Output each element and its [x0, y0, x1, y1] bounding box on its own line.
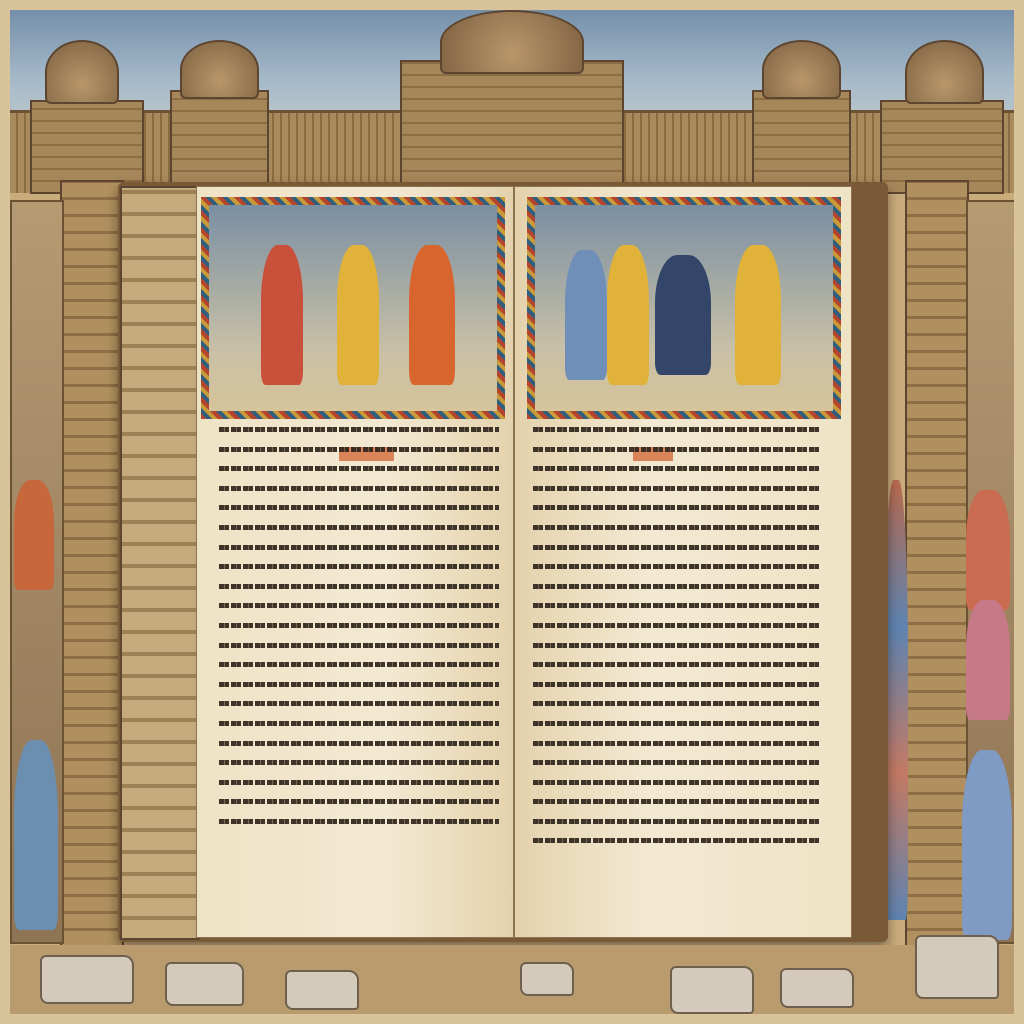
far-right-dome: [905, 40, 984, 104]
side-figure: [14, 480, 54, 590]
left-dome: [180, 40, 259, 99]
left-tower: [170, 90, 269, 184]
side-figure: [966, 600, 1010, 720]
figure-blue-robe: [565, 250, 607, 380]
rock: [670, 966, 754, 1014]
side-figure: [14, 740, 58, 930]
left-illustration: [201, 197, 505, 419]
right-page: [514, 186, 852, 938]
rock: [520, 962, 574, 996]
central-tower: [400, 60, 624, 184]
side-figure: [966, 490, 1010, 610]
rock: [915, 935, 999, 999]
figure-red-robe: [261, 245, 303, 385]
rock: [285, 970, 359, 1010]
figure-yellow-robe: [735, 245, 781, 385]
figure-yellow-robe: [607, 245, 649, 385]
right-pillar: [905, 180, 969, 964]
far-left-dome: [45, 40, 119, 104]
book-page-stack: [120, 186, 200, 940]
right-illustration: [527, 197, 841, 419]
rock: [780, 968, 854, 1008]
left-pillar: [60, 180, 124, 964]
rubble-ground: [10, 945, 1014, 1014]
rock: [165, 962, 244, 1006]
side-figure: [962, 750, 1012, 940]
right-text: [533, 427, 821, 857]
central-dome: [440, 10, 584, 74]
right-tower: [752, 90, 851, 184]
right-dome: [762, 40, 841, 99]
left-text: [219, 427, 499, 857]
rock: [40, 955, 134, 1004]
figure-seated-navy: [655, 255, 711, 375]
figure-orange-robe: [409, 245, 455, 385]
left-page: [196, 186, 514, 938]
figure-yellow-robe: [337, 245, 379, 385]
